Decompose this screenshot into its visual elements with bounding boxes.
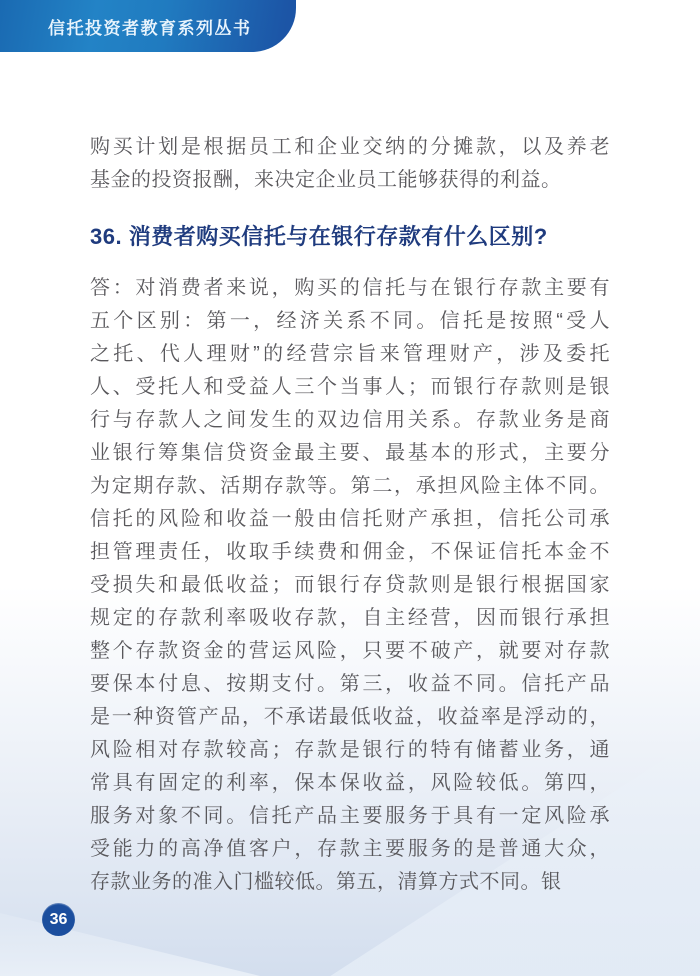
text-line: 受损失和最低收益；而银行存贷款则是银行根据国家 xyxy=(90,569,610,602)
text-line: 行与存款人之间发生的双边信用关系。存款业务是商 xyxy=(90,404,610,437)
text-line: 规定的存款利率吸收存款，自主经营，因而银行承担 xyxy=(90,602,610,635)
text-line: 是一种资管产品，不承诺最低收益，收益率是浮动的， xyxy=(90,701,610,734)
text-line: 风险相对存款较高；存款是银行的特有储蓄业务，通 xyxy=(90,734,610,767)
text-line: 整个存款资金的营运风险，只要不破产，就要对存款 xyxy=(90,635,610,668)
page-number-badge: 36 xyxy=(42,903,75,936)
text-line: 服务对象不同。信托产品主要服务于具有一定风险承 xyxy=(90,800,610,833)
text-line: 之托、代人理财”的经营宗旨来管理财产，涉及委托 xyxy=(90,338,610,371)
intro-paragraph: 购买计划是根据员工和企业交纳的分摊款，以及养老基金的投资报酬，来决定企业员工能够… xyxy=(90,131,610,197)
question-heading: 36. 消费者购买信托与在银行存款有什么区别? xyxy=(90,223,610,251)
text-line: 业银行筹集信贷资金最主要、最基本的形式，主要分 xyxy=(90,437,610,470)
text-line: 购买计划是根据员工和企业交纳的分摊款，以及养老 xyxy=(90,131,610,164)
text-line: 人、受托人和受益人三个当事人；而银行存款则是银 xyxy=(90,371,610,404)
text-line: 要保本付息、按期支付。第三，收益不同。信托产品 xyxy=(90,668,610,701)
series-title: 信托投资者教育系列丛书 xyxy=(0,14,252,39)
text-line: 基金的投资报酬，来决定企业员工能够获得的利益。 xyxy=(90,164,610,197)
page-number: 36 xyxy=(50,911,68,929)
header-ribbon: 信托投资者教育系列丛书 xyxy=(0,0,296,52)
answer-paragraph: 答：对消费者来说，购买的信托与在银行存款主要有五个区别：第一，经济关系不同。信托… xyxy=(90,272,610,899)
text-line: 受能力的高净值客户，存款主要服务的是普通大众， xyxy=(90,833,610,866)
text-line: 信托的风险和收益一般由信托财产承担，信托公司承 xyxy=(90,503,610,536)
text-line: 五个区别：第一，经济关系不同。信托是按照“受人 xyxy=(90,305,610,338)
text-line: 答：对消费者来说，购买的信托与在银行存款主要有 xyxy=(90,272,610,305)
text-line: 担管理责任，收取手续费和佣金，不保证信托本金不 xyxy=(90,536,610,569)
bottom-left-wedge-decoration xyxy=(0,886,260,976)
text-line: 为定期存款、活期存款等。第二，承担风险主体不同。 xyxy=(90,470,610,503)
text-line: 存款业务的准入门槛较低。第五，清算方式不同。银 xyxy=(90,866,610,899)
text-line: 常具有固定的利率，保本保收益，风险较低。第四， xyxy=(90,767,610,800)
page-content: 购买计划是根据员工和企业交纳的分摊款，以及养老基金的投资报酬，来决定企业员工能够… xyxy=(90,52,610,899)
